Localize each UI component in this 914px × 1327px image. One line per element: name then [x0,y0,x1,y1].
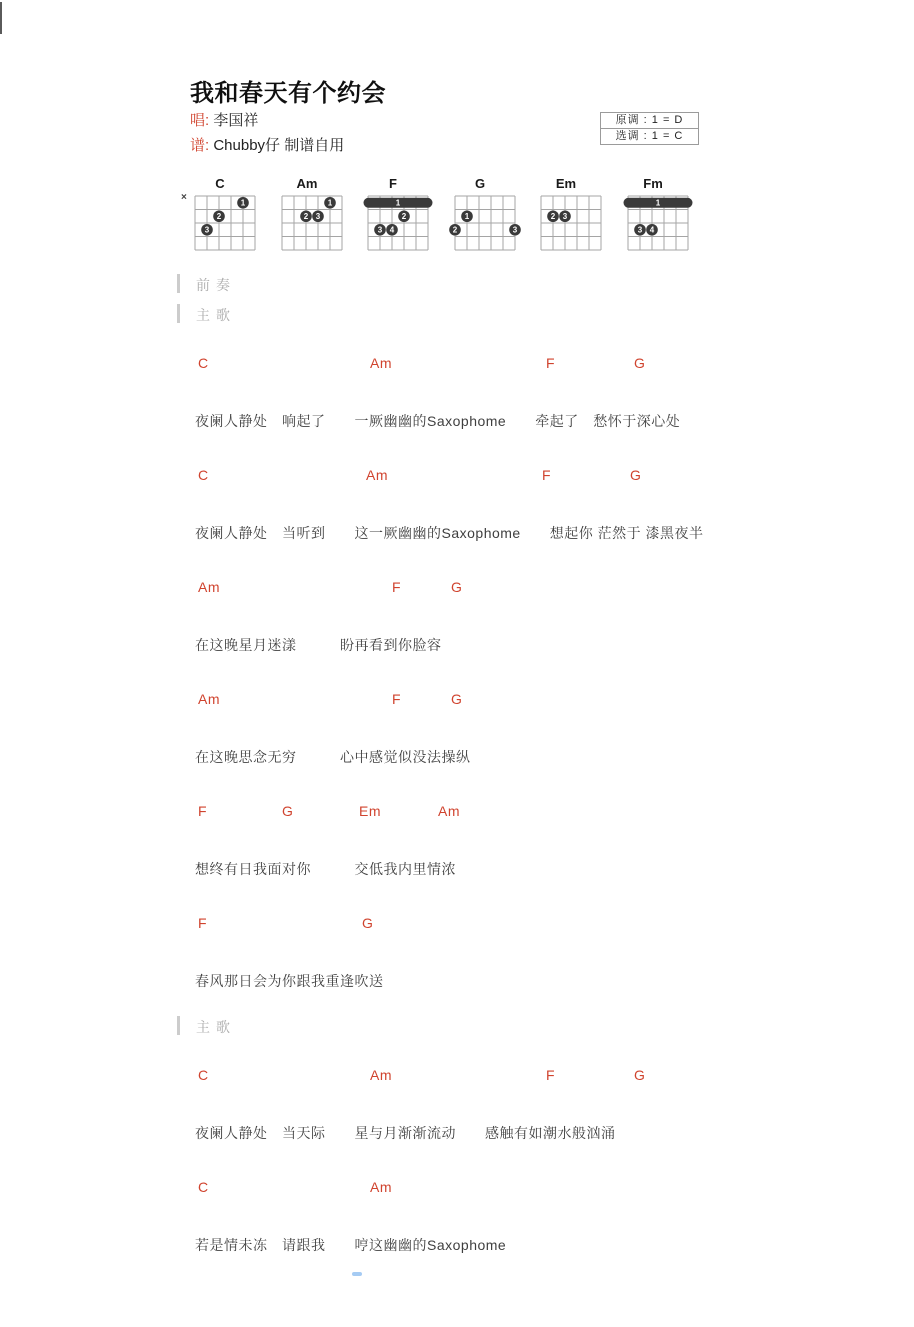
fretboard: 1234 [363,194,433,254]
lyric-line: 在这晚星月迷漾 盼再看到你脸容 [195,635,442,655]
chord-diagram-em: Em23 [536,176,606,254]
arranger-label: 谱: [190,137,209,154]
chord-label-am: Am [438,803,460,819]
chord-label-c: C [198,355,209,371]
page-edge-artifact [0,2,2,34]
finger-number: 1 [465,212,470,221]
chord-label-am: Am [198,579,220,595]
chord-diagram-c: C×123 [190,176,260,254]
chord-label-g: G [634,355,645,371]
muted-string-marker: × [181,192,187,203]
finger-number: 1 [328,199,333,208]
section-text: 前奏 [196,275,236,295]
singer-name: 李国祥 [213,112,258,129]
chord-diagram-title: Em [536,176,596,194]
chord-label-am: Am [370,1067,392,1083]
chord-label-am: Am [198,691,220,707]
chord-label-am: Am [370,355,392,371]
chord-diagram-g: G123 [450,176,520,254]
lyric-line: 若是情未冻 请跟我 哼这幽幽的Saxophome [195,1235,506,1255]
chord-label-am: Am [366,467,388,483]
chord-label-c: C [198,1179,209,1195]
chord-diagram-title: Am [277,176,337,194]
chord-label-g: G [282,803,293,819]
chord-label-f: F [546,355,555,371]
chord-label-g: G [630,467,641,483]
finger-number: 3 [513,226,518,235]
lyric-line: 在这晚思念无穷 心中感觉似没法操纵 [195,747,471,767]
song-line: FG春风那日会为你跟我重逢吹送 [190,891,904,1003]
chord-diagram-am: Am123 [277,176,347,254]
finger-number: 2 [402,212,407,221]
finger-number: 1 [241,199,246,208]
finger-number: 2 [304,212,309,221]
song-line: AmFG在这晚思念无穷 心中感觉似没法操纵 [190,667,904,779]
chord-label-f: F [392,579,401,595]
chord-label-c: C [198,467,209,483]
chord-label-g: G [451,579,462,595]
finger-number: 2 [551,212,556,221]
arranger-credit: 谱: Chubby仔 制谱自用 [190,134,344,155]
chord-label-em: Em [359,803,381,819]
finger-number: 2 [217,212,222,221]
chord-diagram-title: G [450,176,510,194]
song-line: FGEmAm想终有日我面对你 交低我内里情浓 [190,779,904,891]
fretboard: 123 [190,194,260,254]
page-title: 我和春天有个约会 [190,73,386,108]
chord-label-f: F [546,1067,555,1083]
finger-number: 3 [378,226,383,235]
section-bar [177,1016,180,1035]
song-line: CAmFG夜阑人静处 当听到 这一厥幽幽的Saxophome 想起你 茫然于 漆… [190,443,904,555]
finger-number: 3 [316,212,321,221]
section-label: 主歌 [190,301,904,331]
chord-diagrams: C×123Am123F1234G123Em23Fm134 [190,176,710,256]
selected-key: 选调 : 1 = C [601,128,698,144]
section-bar [177,274,180,293]
lyric-line: 春风那日会为你跟我重逢吹送 [195,971,384,991]
lyric-line: 夜阑人静处 当天际 星与月渐渐流动 感触有如潮水般汹涌 [195,1123,616,1143]
section-label: 前奏 [190,271,904,301]
section-label: 主歌 [190,1013,904,1043]
song-line: AmFG在这晚星月迷漾 盼再看到你脸容 [190,555,904,667]
finger-number: 3 [205,226,210,235]
fretboard: 123 [450,194,520,254]
song-line: CAmFG夜阑人静处 当天际 星与月渐渐流动 感触有如潮水般汹涌 [190,1043,904,1155]
song-line: CAm若是情未冻 请跟我 哼这幽幽的Saxophome [190,1155,904,1267]
barre-finger-number: 1 [656,199,661,208]
chord-label-f: F [542,467,551,483]
chord-diagram-f: F1234 [363,176,433,254]
fretboard: 134 [623,194,693,254]
section-text: 主歌 [196,305,236,325]
section-text: 主歌 [196,1017,236,1037]
singer-credit: 唱: 李国祥 [190,109,258,130]
finger-number: 2 [453,226,458,235]
chord-label-f: F [392,691,401,707]
fretboard: 23 [536,194,606,254]
singer-label: 唱: [190,112,209,129]
finger-number: 4 [390,226,395,235]
lyric-line: 夜阑人静处 当听到 这一厥幽幽的Saxophome 想起你 茫然于 漆黑夜半 [195,523,704,543]
chord-diagram-title: Fm [623,176,683,194]
finger-number: 4 [650,226,655,235]
finger-number: 3 [563,212,568,221]
chord-sheet-page: 我和春天有个约会 唱: 李国祥 谱: Chubby仔 制谱自用 原调 : 1 =… [0,0,914,1327]
song-body: 前奏主歌CAmFG夜阑人静处 响起了 一厥幽幽的Saxophome 牵起了 愁怀… [190,271,904,1267]
chord-label-am: Am [370,1179,392,1195]
chord-diagram-title: F [363,176,423,194]
lyric-line: 夜阑人静处 响起了 一厥幽幽的Saxophome 牵起了 愁怀于深心处 [195,411,680,431]
chord-label-f: F [198,803,207,819]
barre-finger-number: 1 [396,199,401,208]
chord-diagram-fm: Fm134 [623,176,693,254]
chord-diagram-title: C [190,176,250,194]
song-line: CAmFG夜阑人静处 响起了 一厥幽幽的Saxophome 牵起了 愁怀于深心处 [190,331,904,443]
artifact-blue-mark [352,1272,362,1276]
arranger-name: Chubby仔 制谱自用 [213,137,344,154]
chord-label-c: C [198,1067,209,1083]
chord-label-g: G [634,1067,645,1083]
chord-label-g: G [362,915,373,931]
fretboard: 123 [277,194,347,254]
chord-label-g: G [451,691,462,707]
key-info-box: 原调 : 1 = D 选调 : 1 = C [600,112,699,145]
finger-number: 3 [638,226,643,235]
lyric-line: 想终有日我面对你 交低我内里情浓 [195,859,456,879]
original-key: 原调 : 1 = D [601,113,698,128]
chord-label-f: F [198,915,207,931]
section-bar [177,304,180,323]
